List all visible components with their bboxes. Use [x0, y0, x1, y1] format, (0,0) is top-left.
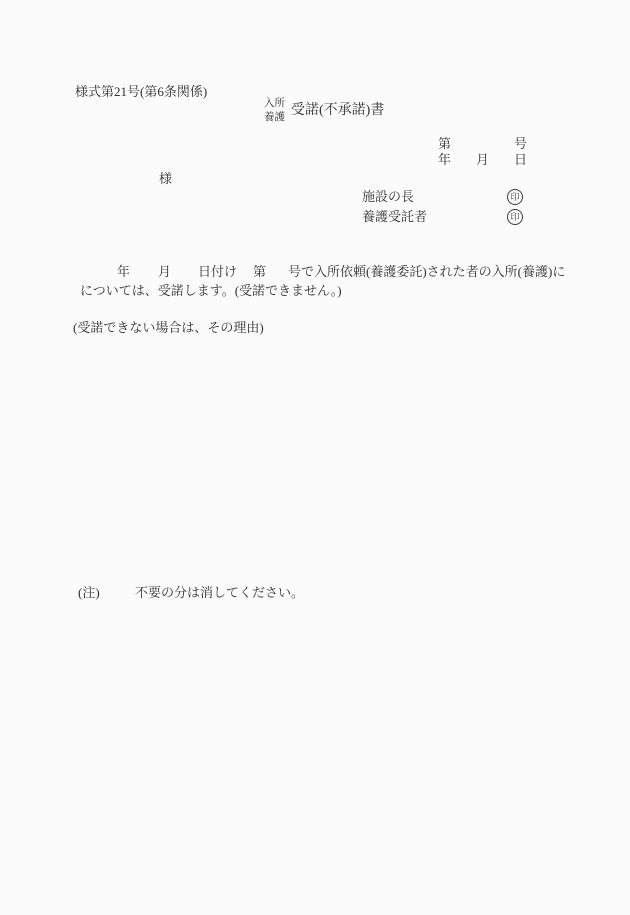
title-option-admission: 入所: [264, 97, 285, 111]
seal-icon: 印: [507, 189, 523, 205]
document-title: 入所 養護 受諾(不承諾)書: [264, 97, 384, 125]
seal-character: 印: [510, 193, 519, 202]
reference-number-suffix: 号: [514, 136, 527, 152]
form-number: 様式第21号(第6条関係): [75, 84, 207, 100]
date-day-label: 日: [514, 152, 527, 168]
body-line2-text: については、受諾します。(受諾できません。): [80, 283, 342, 299]
addressee-honorific: 様: [159, 171, 172, 187]
body-blank-day: 日付け: [198, 264, 237, 280]
date-month-label: 月: [476, 152, 489, 168]
reason-caption: (受諾できない場合は、その理由): [73, 320, 264, 336]
body-blank-month: 月: [158, 264, 171, 280]
signer-facility-head-label: 施設の長: [362, 189, 414, 205]
title-main: 受諾(不承諾)書: [291, 103, 384, 120]
seal-character: 印: [510, 213, 519, 222]
title-option-care: 養護: [264, 111, 285, 125]
signer-care-contractor-label: 養護受託者: [362, 209, 427, 225]
body-blank-year: 年: [117, 264, 130, 280]
seal-icon: 印: [507, 209, 523, 225]
reference-number-prefix: 第: [438, 136, 451, 152]
body-blank-number-prefix: 第: [253, 264, 266, 280]
body-line1-text: 号で入所依頼(養護委託)された者の入所(養護)に: [288, 264, 565, 280]
footnote-text: 不要の分は消してください。: [135, 585, 304, 601]
document-page: 様式第21号(第6条関係) 入所 養護 受諾(不承諾)書 第 号 年 月 日 様…: [0, 0, 630, 915]
title-option-stack: 入所 養護: [264, 97, 285, 125]
footnote-label: (注): [78, 585, 100, 601]
date-year-label: 年: [438, 152, 451, 168]
